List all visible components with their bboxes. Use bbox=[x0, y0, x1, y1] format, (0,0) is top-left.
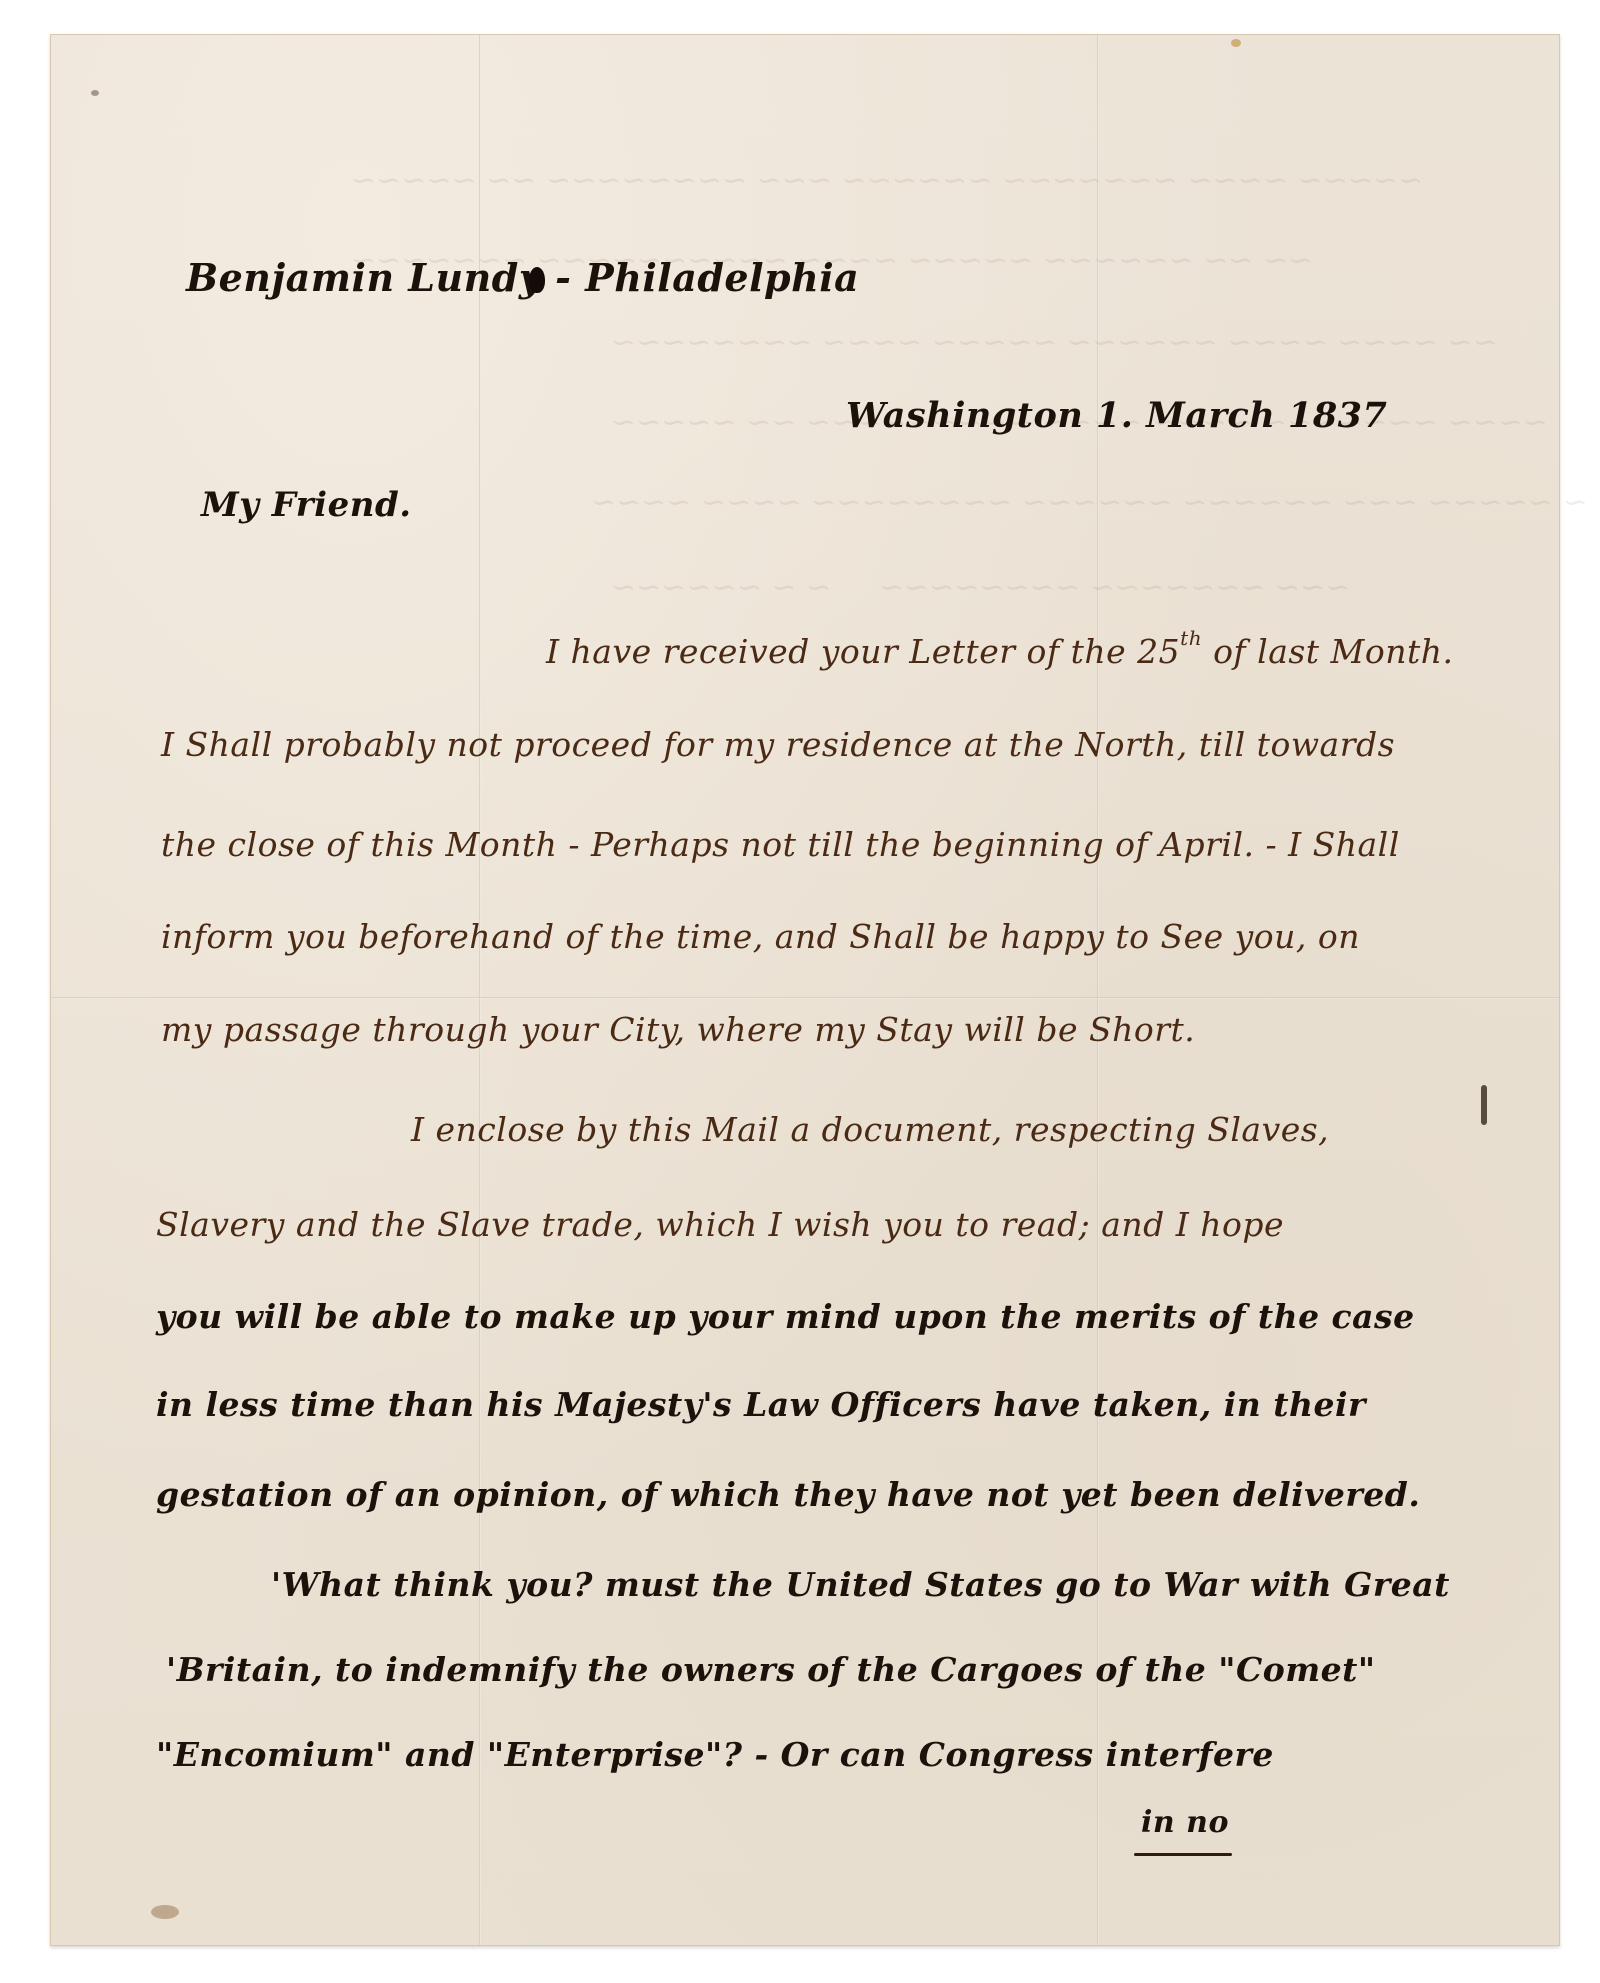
stain-spot bbox=[1231, 39, 1241, 47]
bleed-through-text: ~~~~~ ~~~~ ~~~~~~~ ~~~~~~ ~~~ ~~~~~~~~ ~… bbox=[351, 163, 1423, 198]
horizontal-fold bbox=[51, 997, 1559, 999]
salutation: My Friend. bbox=[201, 485, 412, 525]
letter-line: I enclose by this Mail a document, respe… bbox=[411, 1110, 1329, 1149]
ink-speck bbox=[91, 90, 99, 96]
letter-line: Slavery and the Slave trade, which I wis… bbox=[156, 1205, 1284, 1244]
stain-spot bbox=[151, 1905, 179, 1919]
bleed-through-text: ~~ ~~~~ ~~~~ ~~~~~~ ~~~~~ ~~~~ ~~~~~~~~ bbox=[611, 325, 1498, 360]
letter-line: in less time than his Majesty's Law Offi… bbox=[156, 1385, 1366, 1424]
letter-line: "Encomium" and "Enterprise"? - Or can Co… bbox=[156, 1735, 1274, 1774]
letter-line: 'Britain, to indemnify the owners of the… bbox=[166, 1650, 1376, 1689]
letter-line: gestation of an opinion, of which they h… bbox=[156, 1475, 1420, 1514]
letter-line: my passage through your City, where my S… bbox=[161, 1010, 1195, 1049]
bleed-through-text: ~~~ ~~~~~~~ ~~~~~~~~ ~ ~ ~~~~~~ bbox=[611, 570, 1350, 605]
letter-line: 'What think you? must the United States … bbox=[271, 1565, 1450, 1604]
catchword-underline bbox=[1134, 1853, 1232, 1856]
letter-line: I Shall probably not proceed for my resi… bbox=[161, 725, 1395, 764]
letter-line: inform you beforehand of the time, and S… bbox=[161, 917, 1360, 956]
letter-line: I have received your Letter of the 25th … bbox=[546, 632, 1453, 671]
ink-mark bbox=[1481, 1085, 1487, 1125]
catchword: in no bbox=[1141, 1805, 1229, 1840]
letter-sheet: ~~~~~ ~~~~ ~~~~~~~ ~~~~~~ ~~~ ~~~~~~~~ ~… bbox=[50, 34, 1560, 1946]
dateline: Washington 1. March 1837 bbox=[846, 395, 1387, 436]
letter-line: you will be able to make up your mind up… bbox=[156, 1297, 1415, 1336]
bleed-through-text: ~ ~~~~~ ~~~ ~~~~~~ ~~~~~~ ~~~~~~~~ ~~~~ … bbox=[591, 485, 1588, 520]
address-line: Benjamin Lundy - Philadelphia bbox=[186, 255, 859, 300]
ink-blot bbox=[529, 267, 545, 293]
letter-line: the close of this Month - Perhaps not ti… bbox=[161, 825, 1400, 864]
